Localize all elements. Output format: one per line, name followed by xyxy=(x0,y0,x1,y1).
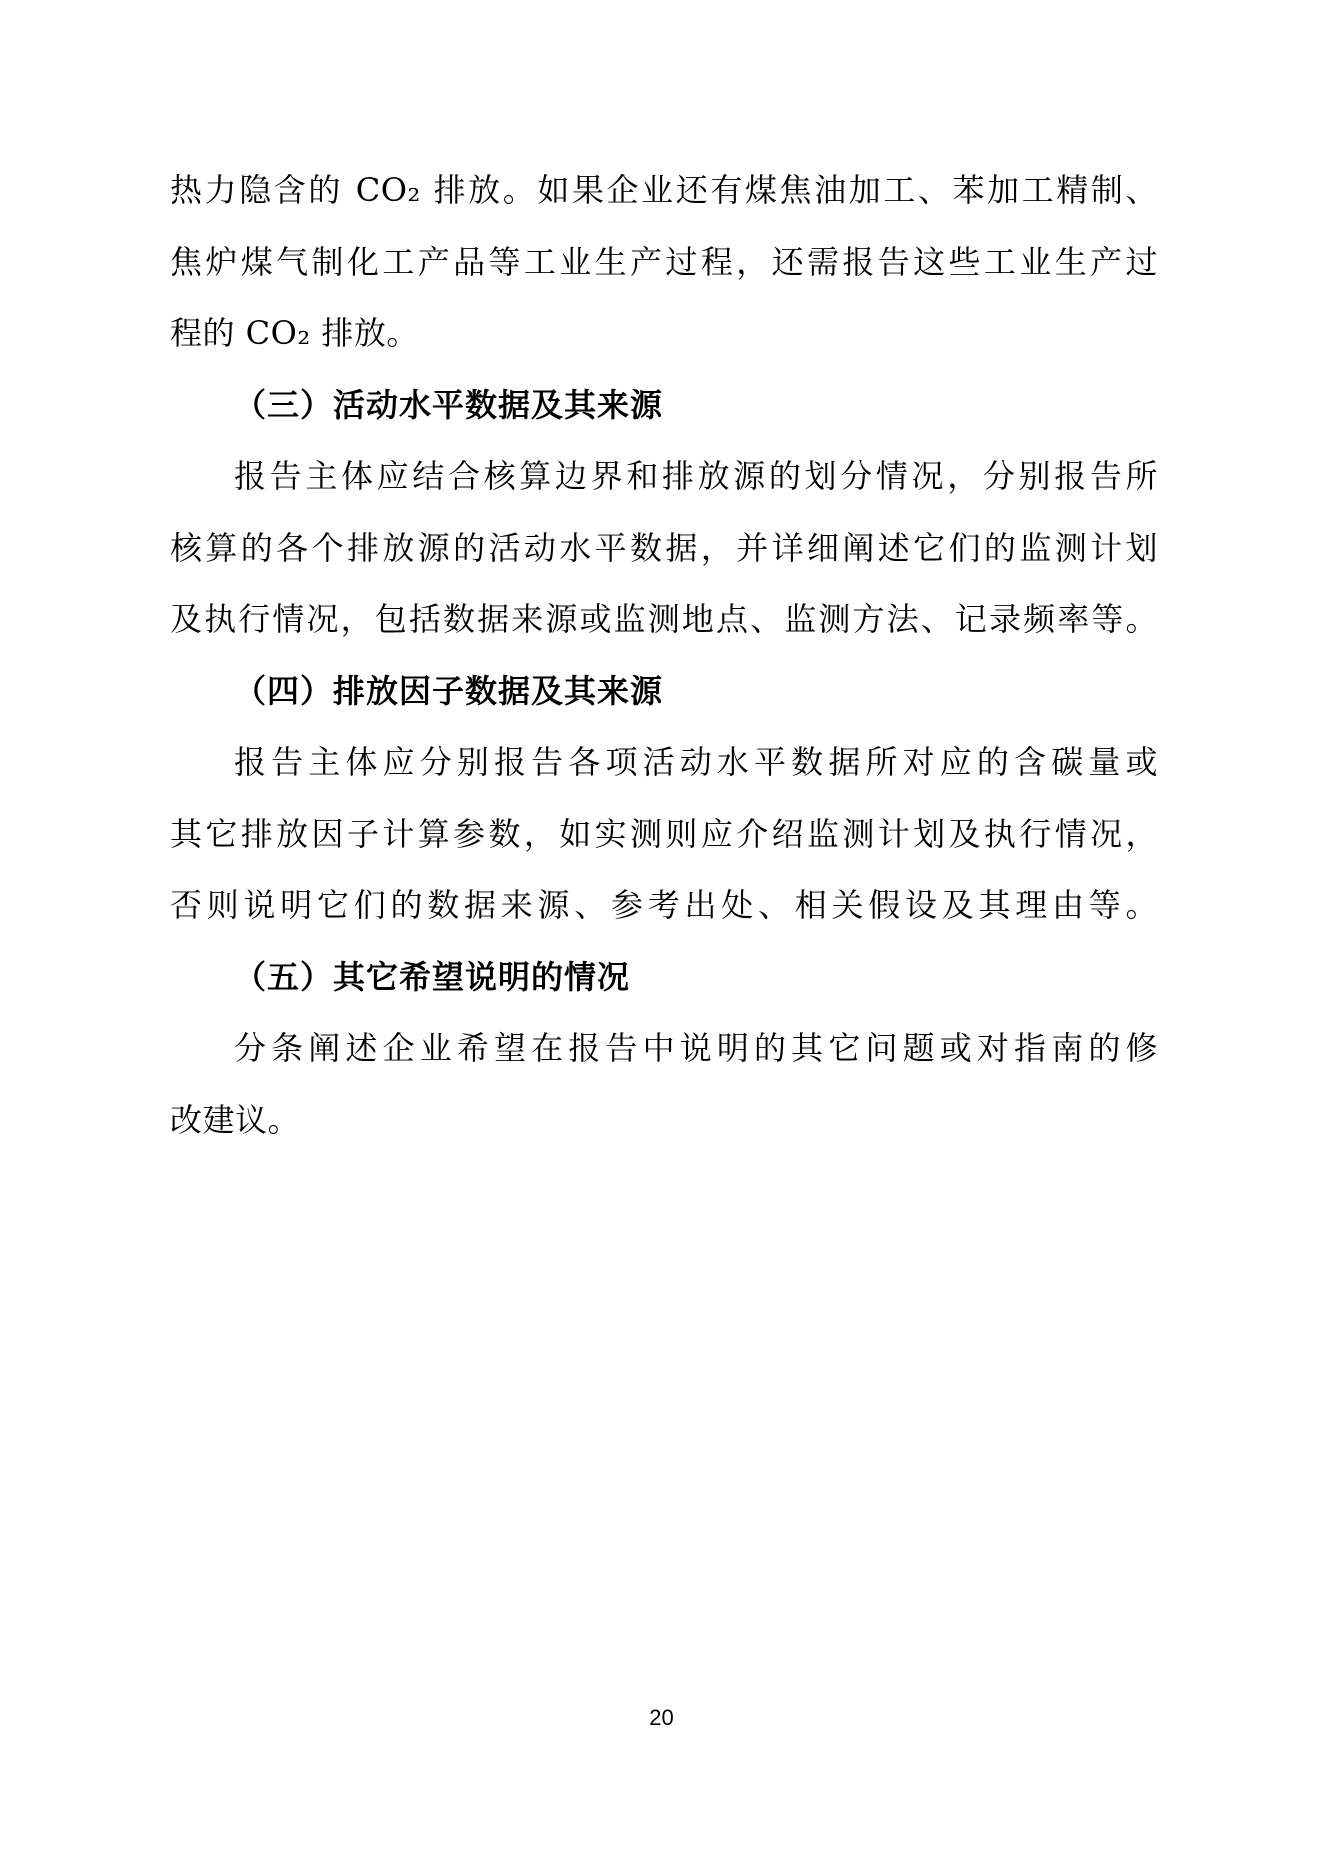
body-text-line: 程的 CO₂ 排放。 xyxy=(170,298,1158,370)
document-page: 热力隐含的 CO₂ 排放。如果企业还有煤焦油加工、苯加工精制、焦炉煤气制化工产品… xyxy=(0,0,1323,1871)
body-text-line: 热力隐含的 CO₂ 排放。如果企业还有煤焦油加工、苯加工精制、 xyxy=(170,155,1158,227)
page-number: 20 xyxy=(0,1705,1323,1731)
body-text-line: 及执行情况，包括数据来源或监测地点、监测方法、记录频率等。 xyxy=(170,584,1158,656)
document-body: 热力隐含的 CO₂ 排放。如果企业还有煤焦油加工、苯加工精制、焦炉煤气制化工产品… xyxy=(170,155,1158,1156)
body-text-line: 改建议。 xyxy=(170,1085,1158,1157)
body-text-line: 焦炉煤气制化工产品等工业生产过程，还需报告这些工业生产过 xyxy=(170,227,1158,299)
body-text-line: 其它排放因子计算参数，如实测则应介绍监测计划及执行情况， xyxy=(170,799,1158,871)
body-text-line: 报告主体应分别报告各项活动水平数据所对应的含碳量或 xyxy=(170,727,1158,799)
body-text-line: 否则说明它们的数据来源、参考出处、相关假设及其理由等。 xyxy=(170,870,1158,942)
body-text-line: 报告主体应结合核算边界和排放源的划分情况，分别报告所 xyxy=(170,441,1158,513)
section-heading: （四）排放因子数据及其来源 xyxy=(170,656,1158,728)
section-heading: （三）活动水平数据及其来源 xyxy=(170,370,1158,442)
section-heading: （五）其它希望说明的情况 xyxy=(170,942,1158,1014)
body-text-line: 核算的各个排放源的活动水平数据，并详细阐述它们的监测计划 xyxy=(170,513,1158,585)
body-text-line: 分条阐述企业希望在报告中说明的其它问题或对指南的修 xyxy=(170,1013,1158,1085)
